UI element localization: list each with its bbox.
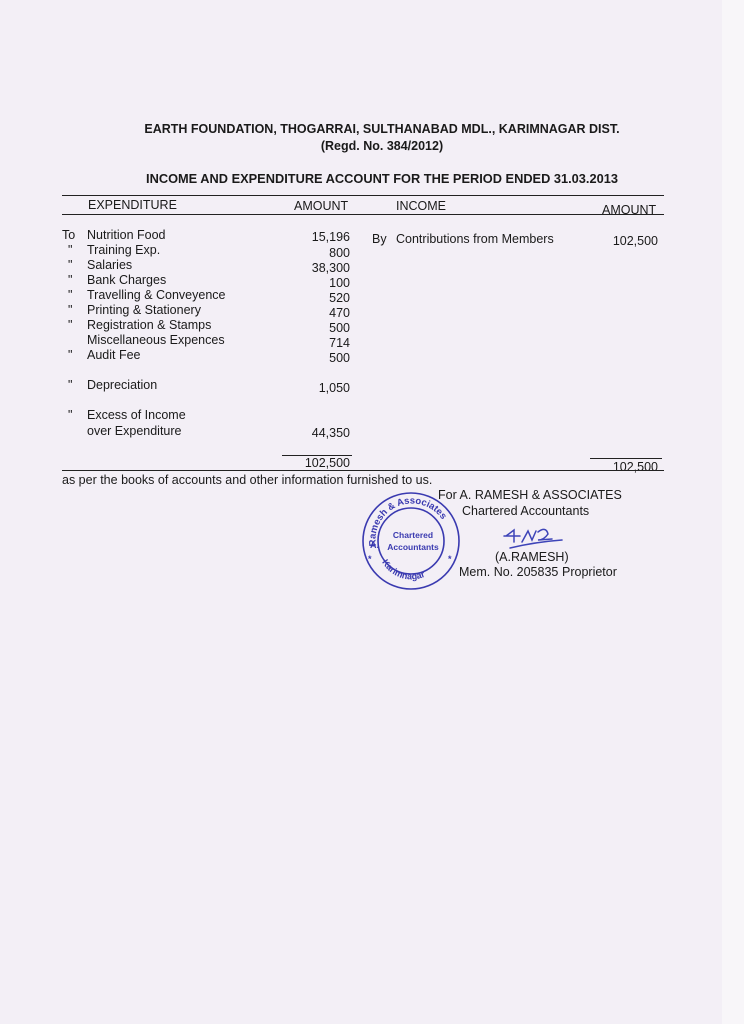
stamp-center-line1: Chartered xyxy=(393,530,433,540)
table-bottom-rule xyxy=(62,470,664,471)
expenditure-row-label-continued: over Expenditure xyxy=(87,424,182,438)
auditor-note: as per the books of accounts and other i… xyxy=(62,473,432,487)
expenditure-row-prefix: " xyxy=(68,273,72,287)
expenditure-row-prefix: " xyxy=(68,318,72,332)
column-header-expenditure-amount: AMOUNT xyxy=(294,199,348,213)
signature-mark xyxy=(500,522,570,552)
table-header-rule xyxy=(62,214,664,215)
expenditure-row-amount: 15,196 xyxy=(270,230,350,244)
expenditure-row-amount: 44,350 xyxy=(270,426,350,440)
expenditure-row-prefix: " xyxy=(68,408,72,422)
income-prefix: By xyxy=(372,232,387,246)
organization-name: EARTH FOUNDATION, THOGARRAI, SULTHANABAD… xyxy=(0,122,744,136)
table-top-rule xyxy=(62,195,664,196)
expenditure-row-amount: 38,300 xyxy=(270,261,350,275)
svg-text:Karimnagar: Karimnagar xyxy=(380,557,426,581)
expenditure-row-amount: 500 xyxy=(270,321,350,335)
expenditure-row-label: Bank Charges xyxy=(87,273,166,287)
registration-number: (Regd. No. 384/2012) xyxy=(0,139,744,153)
income-label: Contributions from Members xyxy=(396,232,554,246)
expenditure-row-prefix: " xyxy=(68,378,72,392)
membership-number: Mem. No. 205835 xyxy=(459,565,558,579)
expenditure-row-amount: 1,050 xyxy=(270,381,350,395)
expenditure-row-amount: 100 xyxy=(270,276,350,290)
column-header-income-amount: AMOUNT xyxy=(602,203,656,217)
expenditure-row-label: Registration & Stamps xyxy=(87,318,211,332)
stamp-ring-bottom: Karimnagar xyxy=(380,557,426,581)
auditor-firm: For A. RAMESH & ASSOCIATES xyxy=(438,488,622,502)
expenditure-row-amount: 470 xyxy=(270,306,350,320)
expenditure-row-amount: 800 xyxy=(270,246,350,260)
auditor-firm-type: Chartered Accountants xyxy=(462,504,589,518)
expenditure-row-prefix: " xyxy=(68,348,72,362)
column-header-expenditure: EXPENDITURE xyxy=(88,198,177,212)
stamp-star-left: * xyxy=(368,554,372,564)
expenditure-row-prefix: " xyxy=(68,288,72,302)
expenditure-row-label: Travelling & Conveyence xyxy=(87,288,226,302)
expenditure-row-label: Printing & Stationery xyxy=(87,303,201,317)
expenditure-row-amount: 714 xyxy=(270,336,350,350)
page-edge xyxy=(722,0,744,1024)
expenditure-row-prefix: " xyxy=(68,243,72,257)
expenditure-row-prefix: " xyxy=(68,258,72,272)
income-amount: 102,500 xyxy=(578,234,658,248)
auditor-stamp: Ramesh & Associates Karimnagar A. * * Ch… xyxy=(360,490,462,592)
expenditure-row-amount: 500 xyxy=(270,351,350,365)
expenditure-row-label: Miscellaneous Expences xyxy=(87,333,225,347)
expenditure-row-amount: 520 xyxy=(270,291,350,305)
expenditure-total: 102,500 xyxy=(270,456,350,470)
expenditure-row-label: Training Exp. xyxy=(87,243,160,257)
stamp-center-line2: Accountants xyxy=(387,542,439,552)
income-total-rule xyxy=(590,458,662,459)
stamp-ring-left: A. xyxy=(370,540,379,550)
column-header-income: INCOME xyxy=(396,199,446,213)
stamp-star-right: * xyxy=(448,554,452,564)
expenditure-row-label: Audit Fee xyxy=(87,348,141,362)
expenditure-row-prefix: To xyxy=(62,228,75,242)
expenditure-row-label: Nutrition Food xyxy=(87,228,166,242)
income-total: 102,500 xyxy=(578,460,658,474)
expenditure-row-label: Depreciation xyxy=(87,378,157,392)
expenditure-row-label: Salaries xyxy=(87,258,132,272)
signatory-role: Proprietor xyxy=(562,565,617,579)
statement-title: INCOME AND EXPENDITURE ACCOUNT FOR THE P… xyxy=(0,171,744,186)
expenditure-row-prefix: " xyxy=(68,303,72,317)
signatory-name: (A.RAMESH) xyxy=(495,550,569,564)
expenditure-row-label: Excess of Income xyxy=(87,408,186,422)
